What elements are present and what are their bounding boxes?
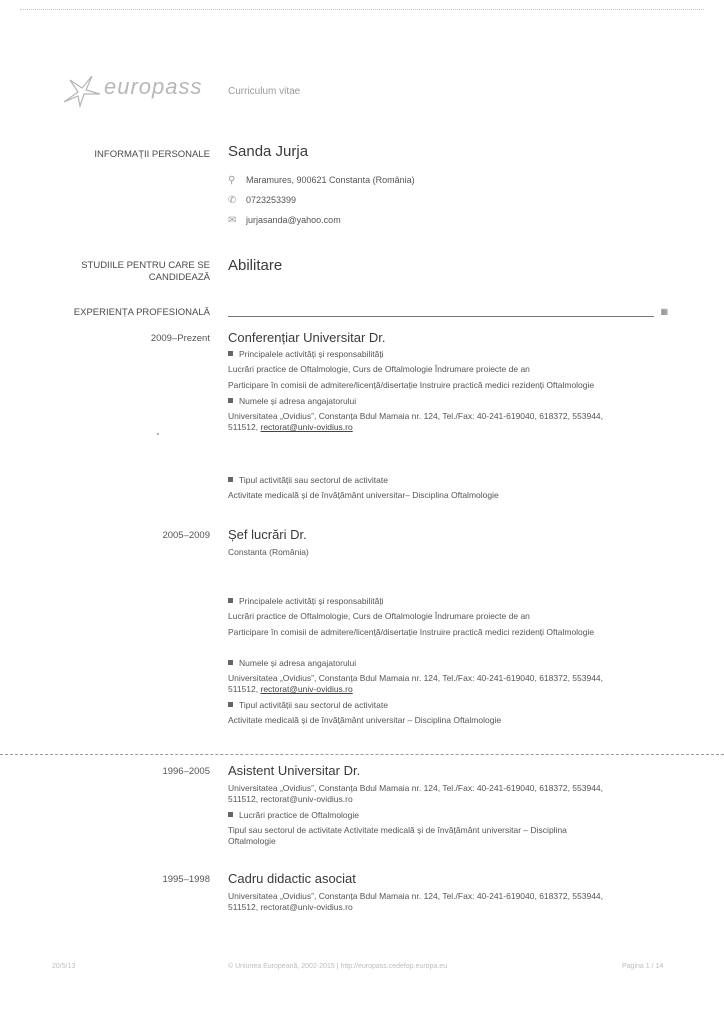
bullet-text: Numele și adresa angajatorului xyxy=(239,396,356,406)
job-location: Constanta (România) xyxy=(228,547,668,558)
scan-artifact-dot xyxy=(157,433,159,435)
sector-line: Tipul sau sectorul de activitate Activit… xyxy=(228,825,668,836)
phone-icon: ✆ xyxy=(228,191,246,211)
studies-label: STUDIILE PENTRU CARE SE CANDIDEAZĂ xyxy=(40,260,210,284)
bullet-square-icon xyxy=(228,398,233,403)
bullet-square-icon xyxy=(228,812,233,817)
employer-line: Universitatea „Ovidius”, Constanța Bdul … xyxy=(228,783,668,794)
job-line: Participare în comisii de admitere/licen… xyxy=(228,380,668,391)
studies-value: Abilitare xyxy=(228,257,668,274)
cv-header: europass Curriculum vitae xyxy=(60,70,360,110)
logo-text: europass xyxy=(104,74,203,100)
employer-line: Universitatea „Ovidius”, Constanța Bdul … xyxy=(228,891,668,902)
sector-line: Activitate medicală și de învățământ uni… xyxy=(228,490,668,501)
footer-date: 20/5/13 xyxy=(52,963,75,970)
bullet-square-icon xyxy=(228,660,233,665)
bullet-square-icon xyxy=(228,702,233,707)
job-body: Șef lucrări Dr. Constanta (România) Prin… xyxy=(228,527,668,731)
bullet-text: Numele și adresa angajatorului xyxy=(239,658,356,668)
phone-row: ✆0723253399 xyxy=(228,190,668,210)
personal-info-label: INFORMAȚII PERSONALE xyxy=(40,149,210,161)
bullet-square-icon xyxy=(228,477,233,482)
job-body: Conferențiar Universitar Dr. Principalel… xyxy=(228,330,668,506)
section-rule: ▦ xyxy=(228,307,668,319)
bullet-text: Principalele activități și responsabilit… xyxy=(239,349,384,359)
job-date: 1996–2005 xyxy=(110,766,210,777)
job-bullet: Lucrări practice de Oftalmologie xyxy=(228,810,668,821)
employer-line-2: 511512, rectorat@univ-ovidius.ro xyxy=(228,794,668,805)
email-row: ✉jurjasanda@yahoo.com xyxy=(228,210,668,230)
job-body: Asistent Universitar Dr. Universitatea „… xyxy=(228,763,668,852)
email-icon: ✉ xyxy=(228,211,246,231)
document-title: Curriculum vitae xyxy=(228,86,300,97)
bullet-text: Tipul activității sau sectorul de activi… xyxy=(239,700,388,710)
sector-line: Activitate medicală și de învățământ uni… xyxy=(228,715,668,726)
job-bullet: Principalele activități și responsabilit… xyxy=(228,349,668,360)
employer-email-link[interactable]: rectorat@univ-ovidius.ro xyxy=(260,684,352,694)
page-break-line xyxy=(0,754,724,755)
employer-line-2: 511512, rectorat@univ-ovidius.ro xyxy=(228,422,668,433)
europass-logo: europass xyxy=(60,70,210,110)
divider xyxy=(228,316,654,317)
employer-line-2: 511512, rectorat@univ-ovidius.ro xyxy=(228,684,668,695)
job-title: Cadru didactic asociat xyxy=(228,871,668,887)
job-bullet: Numele și adresa angajatorului xyxy=(228,396,668,407)
job-title: Asistent Universitar Dr. xyxy=(228,763,668,779)
job-bullet: Tipul activității sau sectorul de activi… xyxy=(228,475,668,486)
job-bullet: Numele și adresa angajatorului xyxy=(228,658,668,669)
job-date: 2009–Prezent xyxy=(110,333,210,344)
personal-info: Sanda Jurja ⚲Maramures, 900621 Constanta… xyxy=(228,143,668,230)
job-line: Lucrări practice de Oftalmologie, Curs d… xyxy=(228,611,668,622)
studies-label-line2: CANDIDEAZĂ xyxy=(40,272,210,284)
job-line: Participare în comisii de admitere/licen… xyxy=(228,627,668,638)
europass-star-icon xyxy=(60,72,104,108)
employer-line-2: 511512, rectorat@univ-ovidius.ro xyxy=(228,902,668,913)
studies-label-line1: STUDIILE PENTRU CARE SE xyxy=(40,260,210,272)
employer-text: 511512, xyxy=(228,422,258,432)
footer-page-number: Pagina 1 / 14 xyxy=(622,963,663,970)
experience-section-icon: ▦ xyxy=(660,307,668,316)
scan-artifact-top xyxy=(20,9,704,12)
job-line: Lucrări practice de Oftalmologie, Curs d… xyxy=(228,364,668,375)
job-bullet: Principalele activități și responsabilit… xyxy=(228,596,668,607)
email[interactable]: jurjasanda@yahoo.com xyxy=(246,215,341,225)
experience-label: EXPERIENȚA PROFESIONALĂ xyxy=(40,307,210,319)
bullet-square-icon xyxy=(228,351,233,356)
employer-line: Universitatea „Ovidius”, Constanța Bdul … xyxy=(228,411,668,422)
bullet-text: Principalele activități și responsabilit… xyxy=(239,596,384,606)
person-name: Sanda Jurja xyxy=(228,143,668,160)
bullet-text: Tipul activității sau sectorul de activi… xyxy=(239,475,388,485)
bullet-square-icon xyxy=(228,598,233,603)
job-date: 2005–2009 xyxy=(110,530,210,541)
phone: 0723253399 xyxy=(246,195,296,205)
footer-copyright: © Uniunea Europeană, 2002-2015 | http://… xyxy=(228,963,447,970)
address-row: ⚲Maramures, 900621 Constanta (România) xyxy=(228,170,668,190)
job-bullet: Tipul activității sau sectorul de activi… xyxy=(228,700,668,711)
employer-line: Universitatea „Ovidius”, Constanța Bdul … xyxy=(228,673,668,684)
address: Maramures, 900621 Constanta (România) xyxy=(246,175,415,185)
employer-text: 511512, xyxy=(228,684,258,694)
job-body: Cadru didactic asociat Universitatea „Ov… xyxy=(228,871,668,918)
location-icon: ⚲ xyxy=(228,171,246,191)
employer-email-link[interactable]: rectorat@univ-ovidius.ro xyxy=(260,422,352,432)
sector-line-2: Oftalmologie xyxy=(228,836,668,847)
job-title: Conferențiar Universitar Dr. xyxy=(228,330,668,346)
job-title: Șef lucrări Dr. xyxy=(228,527,668,543)
bullet-text: Lucrări practice de Oftalmologie xyxy=(239,810,359,820)
job-date: 1995–1998 xyxy=(110,874,210,885)
